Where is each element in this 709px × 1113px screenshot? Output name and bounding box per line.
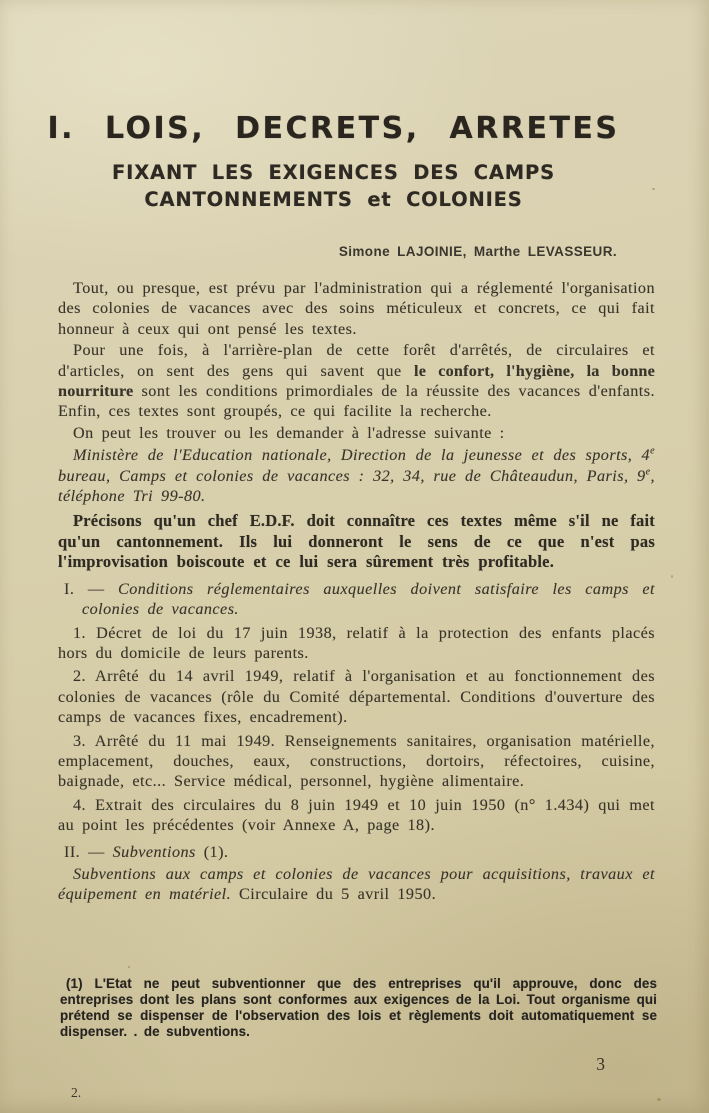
- section-2-title: Subventions: [113, 843, 196, 861]
- section-2-label: II. —: [64, 843, 113, 861]
- address-part-2: bureau, Camps et colonies de vacances : …: [58, 467, 646, 485]
- section-2-heading: II. — Subventions (1).: [58, 842, 655, 862]
- address-part-1: Ministère de l'Education nationale, Dire…: [73, 446, 650, 464]
- list-item-1: 1. Décret de loi du 17 juin 1938, relati…: [58, 623, 655, 664]
- section-2-suffix: (1).: [196, 843, 229, 861]
- intro-paragraph-2-post: sont les conditions primordiales de la r…: [58, 382, 655, 420]
- page-subtitle: FIXANT LES EXIGENCES DES CAMPSCANTONNEME…: [0, 159, 688, 213]
- page-header: I. LOIS, DECRETS, ARRETES FIXANT LES EXI…: [0, 0, 688, 213]
- list-item-2: 2. Arrêté du 14 avril 1949, relatif à l'…: [58, 666, 655, 727]
- section-1-title: Conditions réglementaires auxquelles doi…: [82, 580, 655, 618]
- intro-paragraph-1: Tout, ou presque, est prévu par l'admini…: [58, 278, 655, 339]
- emphasis-paragraph: Précisons qu'un chef E.D.F. doit connaît…: [58, 511, 655, 572]
- intro-paragraph-3: On peut les trouver ou les demander à l'…: [58, 423, 655, 443]
- signature-mark: 2.: [71, 1085, 81, 1101]
- section-1-label: I. —: [64, 580, 118, 598]
- page-number: 3: [596, 1054, 605, 1075]
- address-superscript-1: e: [650, 446, 655, 457]
- subtitle-line-2: CANTONNEMENTS et COLONIES: [144, 188, 522, 211]
- page-title: I. LOIS, DECRETS, ARRETES: [0, 112, 688, 146]
- subventions-paragraph: Subventions aux camps et colonies de vac…: [58, 864, 655, 905]
- intro-paragraph-2: Pour une fois, à l'arrière-plan de cette…: [58, 340, 655, 422]
- paper-speck: [657, 1098, 661, 1101]
- section-1-heading: I. — Conditions réglementaires auxquelle…: [58, 579, 655, 620]
- paper-speck: [652, 188, 655, 190]
- list-item-4: 4. Extrait des circulaires du 8 juin 194…: [58, 795, 655, 836]
- text-column: Tout, ou presque, est prévu par l'admini…: [58, 278, 655, 905]
- list-item-3: 3. Arrêté du 11 mai 1949. Renseignements…: [58, 731, 655, 792]
- paper-speck: [671, 575, 673, 578]
- subventions-roman-part: Circulaire du 5 avril 1950.: [231, 885, 436, 903]
- footnote: (1) L'Etat ne peut subventionner que des…: [60, 976, 657, 1040]
- ministry-address-paragraph: Ministère de l'Education nationale, Dire…: [58, 445, 655, 506]
- paper-speck: [128, 966, 130, 968]
- byline-authors: Simone LAJOINIE, Marthe LEVASSEUR.: [21, 244, 709, 259]
- scanned-document-page: I. LOIS, DECRETS, ARRETES FIXANT LES EXI…: [0, 0, 709, 1113]
- subtitle-line-1: FIXANT LES EXIGENCES DES CAMPS: [112, 161, 555, 184]
